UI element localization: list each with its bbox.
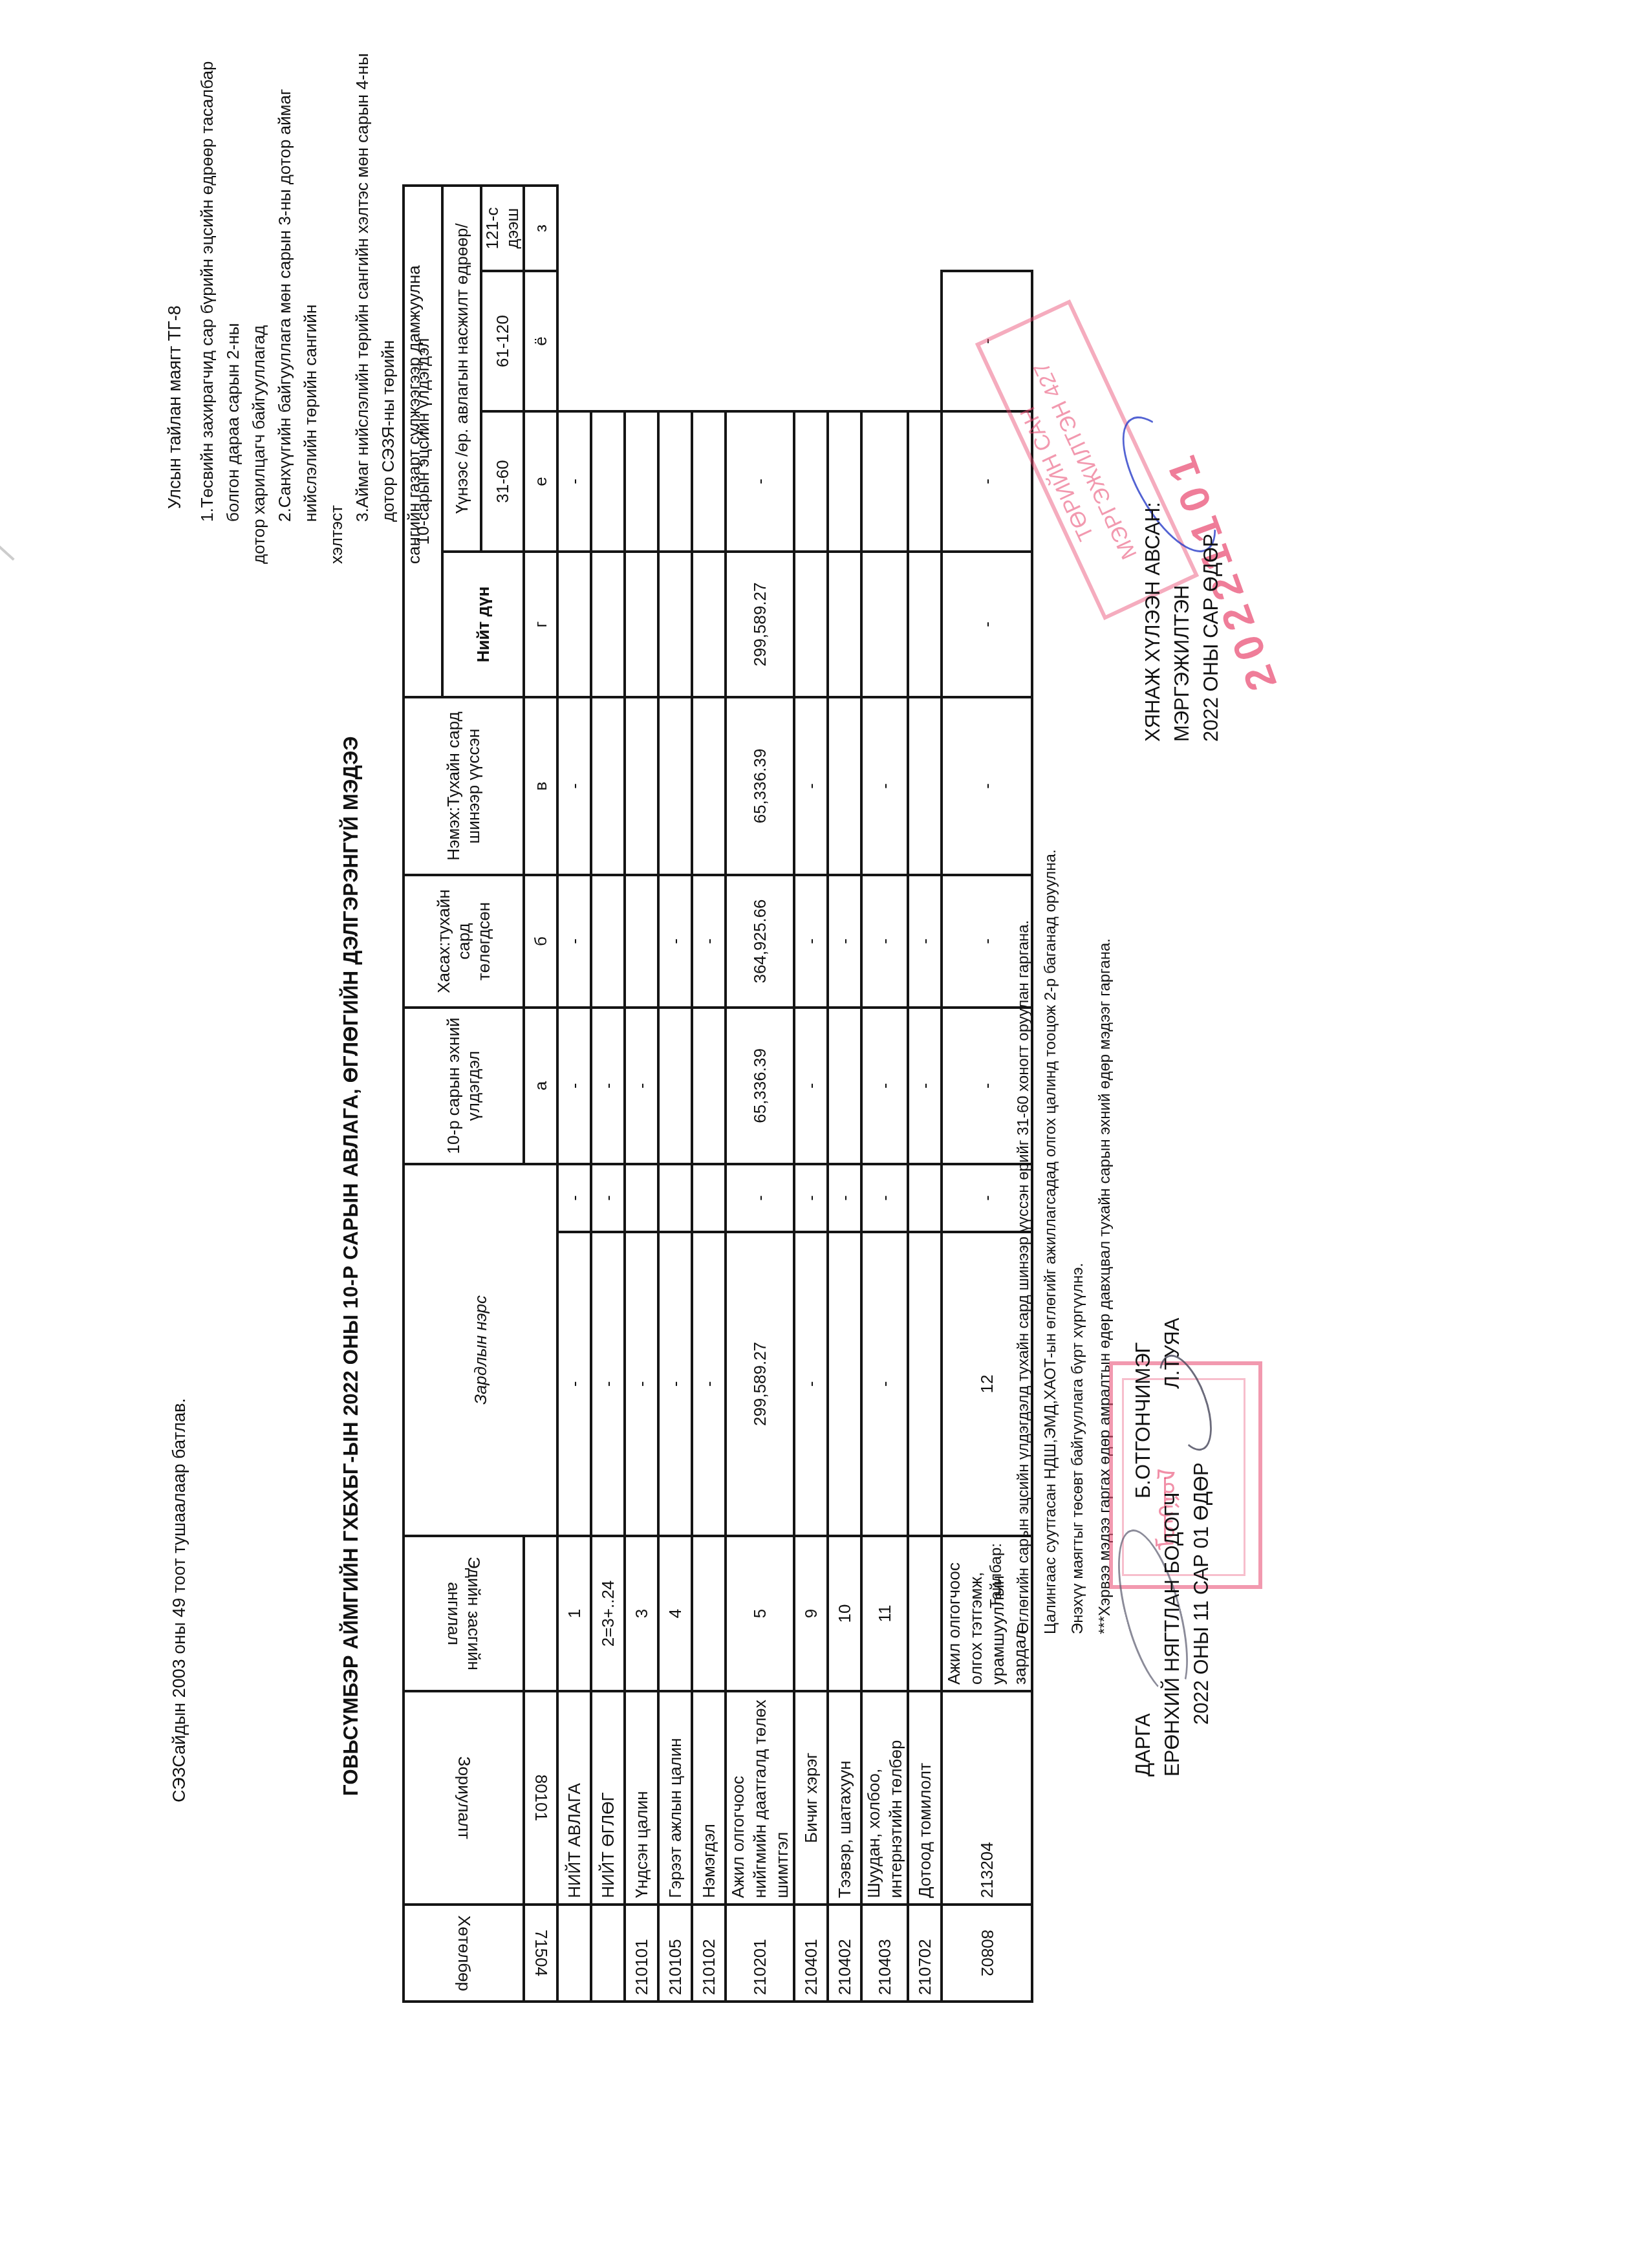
header-minus-paid: Хасах:тухайн сард төлөгдсөн: [404, 875, 524, 1008]
line-number: [908, 1536, 942, 1691]
letter-yo: ё: [524, 271, 557, 411]
value-cell-e: -: [861, 697, 908, 875]
value-cell-g: -: [692, 875, 726, 1008]
value-cell-v: [658, 1008, 692, 1164]
header-opening-balance: 10-р сарын эхний үлдэгдэл: [404, 1008, 524, 1164]
value-cell-b: -: [794, 1164, 828, 1232]
value-cell-b: [692, 1164, 726, 1232]
line-number: 2=3+..24: [591, 1536, 625, 1691]
value-cell-b: -: [726, 1164, 794, 1232]
value-cell-e: 65,336.39: [726, 697, 794, 875]
signature-date: 2022 ОНЫ 11 САР 01 ӨДӨР: [1187, 1462, 1216, 1725]
note-item: Энэхүү маягтыг төсөвт байгууллага бүрт х…: [1064, 849, 1092, 1634]
letter-a: а: [524, 1008, 557, 1164]
value-cell-v: -: [591, 1008, 625, 1164]
value-cell-g: -: [794, 875, 828, 1008]
value-cell-e: [625, 697, 658, 875]
table-row: НИЙТ ӨГЛӨГ2=3+..24---: [591, 186, 625, 2002]
value-cell-g: -: [908, 875, 942, 1008]
instruction-line: дотор харилцагч байгууллагад: [246, 47, 272, 564]
value-cell-z: [794, 411, 828, 552]
value-cell-b: -: [591, 1164, 625, 1232]
value-cell-g: [591, 875, 625, 1008]
header-aging-121-plus: 121-с дээш: [481, 186, 524, 271]
line-number: 11: [861, 1536, 908, 1691]
value-cell-a: -: [794, 1232, 828, 1536]
value-cell-e: [658, 697, 692, 875]
line-number: 5: [726, 1536, 794, 1691]
header-aging: Үүнээс /өр. авлагын насжилт өдрөөр/: [442, 186, 481, 552]
value-cell-g: -: [942, 697, 1032, 875]
expense-name: Дотоод томилолт: [908, 1691, 942, 1905]
expense-name: Нэмэгдэл: [692, 1691, 726, 1905]
instruction-line: 1.Төсвийн захирагчид сар бүрийн эцсийн ө…: [194, 47, 246, 564]
value-cell-yo: [794, 552, 828, 697]
line-number: 4: [658, 1536, 692, 1691]
header-econ-class: Эдийн засгийн ангилал: [404, 1536, 524, 1691]
chief-title: ДАРГА: [1128, 1647, 1158, 1777]
header-aging-61-120: 61-120: [481, 271, 524, 411]
value-cell-b: [658, 1164, 692, 1232]
value-cell-yo: [908, 552, 942, 697]
value-cell-a: -: [625, 1232, 658, 1536]
header-expense-name: Зардлын нэрс: [404, 1164, 557, 1536]
value-cell-e: [692, 697, 726, 875]
program-value: 71504: [524, 1905, 557, 2002]
value-cell-yo: [828, 552, 861, 697]
letter-z: з: [524, 186, 557, 271]
value-cell-z: [591, 411, 625, 552]
line-number: 9: [794, 1536, 828, 1691]
report-title: ГОВЬСҮМБЭР АЙМГИЙН ГХБХБГ-ЫН 2022 ОНЫ 10…: [339, 736, 363, 1796]
value-cell-z: -: [726, 411, 794, 552]
header-closing-balance: 10-сарын эцсийн үлдэгдэл: [404, 186, 442, 697]
value-cell-g: -: [861, 875, 908, 1008]
value-cell-a: [908, 1232, 942, 1536]
table-row: НИЙТ АВЛАГА1------: [557, 186, 591, 2002]
note-item: Цалингаас суутгасан НДШ,ЭМД,ХАОТ-ын өглө…: [1037, 849, 1064, 1634]
value-cell-yo: 299,589.27: [726, 552, 794, 697]
value-cell-e: [908, 697, 942, 875]
value-cell-z: [861, 411, 908, 552]
expense-name: Ажил олгогчоос нийгмийн даатгалд төлөх ш…: [726, 1691, 794, 1905]
form-code: Улсын тайлан маягт ТГ-8: [165, 305, 185, 509]
value-cell-v: 65,336.39: [726, 1008, 794, 1164]
econ-class-code: 210702: [908, 1905, 942, 2002]
instruction-line: 2.Санхүүгийн байгууллага мөн сарын 3-ны …: [272, 47, 323, 564]
value-cell-yo: [591, 552, 625, 697]
econ-class-code: 210101: [625, 1905, 658, 2002]
value-cell-a: -: [557, 1232, 591, 1536]
header-aging-31-60: 31-60: [481, 411, 524, 552]
line-number: [692, 1536, 726, 1691]
letter-e: е: [524, 411, 557, 552]
value-cell-v: -: [557, 1008, 591, 1164]
value-cell-a: -: [658, 1232, 692, 1536]
value-cell-g: [625, 875, 658, 1008]
econ-class-header-spacer: [524, 1536, 557, 1691]
value-cell-b: -: [861, 1164, 908, 1232]
review-block: ХЯНАЖ ХҮЛЭЭН АВСАН: МЭРГЭЖИЛТЭН 2022 ОНЫ…: [1138, 502, 1225, 742]
header-program: Хөтөлбөр: [404, 1905, 524, 2002]
value-cell-a: -: [692, 1232, 726, 1536]
value-cell-yo: [557, 552, 591, 697]
value-cell-b: [625, 1164, 658, 1232]
value-cell-z: -: [557, 411, 591, 552]
econ-class-code: [557, 1905, 591, 2002]
value-cell-a: -: [591, 1232, 625, 1536]
purpose-value: 80101: [524, 1691, 557, 1905]
expense-name: Үндсэн цалин: [625, 1691, 658, 1905]
table-row: 210102Нэмэгдэл--: [692, 186, 726, 2002]
letter-b: б: [524, 875, 557, 1008]
value-cell-z: [908, 411, 942, 552]
value-cell-v: -: [861, 1008, 908, 1164]
expense-name: НИЙТ АВЛАГА: [557, 1691, 591, 1905]
econ-class-code: [591, 1905, 625, 2002]
instruction-line: 3.Аймаг нийслэлийн төрийн сангийн хэлтэс…: [349, 47, 401, 564]
value-cell-e: [591, 697, 625, 875]
notes-title: Тайлбар:: [983, 849, 1010, 1634]
table-row: 210402Тээвэр, шатахуун10--: [828, 186, 861, 2002]
header-purpose: Зориулалт: [404, 1691, 524, 1905]
value-cell-yo: [625, 552, 658, 697]
purpose-value: 80802: [942, 1905, 1032, 2002]
review-title: ХЯНАЖ ХҮЛЭЭН АВСАН:: [1138, 502, 1167, 742]
value-cell-v: [692, 1008, 726, 1164]
value-cell-a: [828, 1232, 861, 1536]
expense-name: Шуудан, холбоо, интернэтийн төлбөр: [861, 1691, 908, 1905]
rotated-document-page: СЭЗСайдын 2003 оны 49 тоот тушаалаар бат…: [0, 0, 1649, 2268]
value-cell-e: -: [794, 697, 828, 875]
econ-class-code: 210403: [861, 1905, 908, 2002]
value-cell-a: -: [861, 1232, 908, 1536]
value-cell-yo: [861, 552, 908, 697]
value-cell-g: 364,925.66: [726, 875, 794, 1008]
table-row: 210403Шуудан, холбоо, интернэтийн төлбөр…: [861, 186, 908, 2002]
signature-block: ДАРГАБ.ОТГОНЧИМЭГ ЕРӨНХИЙ НЯГТЛАН БОДОГЧ…: [1128, 1318, 1216, 1777]
value-cell-b: -: [828, 1164, 861, 1232]
table-row: 210702Дотоод томилолт--: [908, 186, 942, 2002]
value-cell-v: -: [908, 1008, 942, 1164]
review-role: МЭРГЭЖИЛТЭН: [1167, 502, 1196, 742]
value-cell-v: -: [794, 1008, 828, 1164]
value-cell-e: [828, 697, 861, 875]
value-cell-z: [828, 411, 861, 552]
expense-name: НИЙТ ӨГЛӨГ: [591, 1691, 625, 1905]
value-cell-b: -: [557, 1164, 591, 1232]
accountant-name: Л.ТУЯА: [1158, 1318, 1187, 1389]
value-cell-e: -: [942, 552, 1032, 697]
header-total: Нийт дүн: [442, 552, 524, 697]
value-cell-e: -: [557, 697, 591, 875]
table-row: 210201Ажил олгогчоос нийгмийн даатгалд т…: [726, 186, 794, 2002]
value-cell-a: 299,589.27: [726, 1232, 794, 1536]
header-plus-new: Нэмэх:Тухайн сард шинээр үүссэн: [404, 697, 524, 875]
econ-class-code: 210102: [692, 1905, 726, 2002]
value-cell-yo: [692, 552, 726, 697]
econ-class-code: 210201: [726, 1905, 794, 2002]
receivables-payables-table: Хөтөлбөр Зориулалт Эдийн засгийн ангилал…: [402, 184, 1033, 2003]
expense-name: Гэрээт ажлын цалин: [658, 1691, 692, 1905]
line-number: 10: [828, 1536, 861, 1691]
value-cell-g: -: [658, 875, 692, 1008]
value-cell-yo: [658, 552, 692, 697]
table-row: 210105Гэрээт ажлын цалин4--: [658, 186, 692, 2002]
value-cell-g: -: [557, 875, 591, 1008]
line-number: 1: [557, 1536, 591, 1691]
value-cell-v: [828, 1008, 861, 1164]
econ-class-code: 210401: [794, 1905, 828, 2002]
letter-v: в: [524, 697, 557, 875]
letter-g: г: [524, 552, 557, 697]
econ-class-code: 213204: [942, 1691, 1032, 1905]
line-number: 3: [625, 1536, 658, 1691]
value-cell-z: [692, 411, 726, 552]
submission-instructions: 1.Төсвийн захирагчид сар бүрийн эцсийн ө…: [194, 47, 427, 564]
approval-line: СЭЗСайдын 2003 оны 49 тоот тушаалаар бат…: [169, 1398, 189, 1802]
instruction-line: хэлтэст: [323, 47, 349, 564]
value-cell-v: -: [625, 1008, 658, 1164]
value-cell-z: [625, 411, 658, 552]
value-cell-g: -: [828, 875, 861, 1008]
value-cell-z: [658, 411, 692, 552]
review-date: 2022 ОНЫ САР ӨДӨР: [1196, 502, 1225, 742]
table-row: 210401Бичиг хэрэг9-----: [794, 186, 828, 2002]
notes-section: Тайлбар: Өглөгийн сарын эцсийн үлдэгдэлд…: [983, 849, 1119, 1634]
expense-name: Тээвэр, шатахуун: [828, 1691, 861, 1905]
econ-class-code: 210402: [828, 1905, 861, 2002]
expense-name: Бичиг хэрэг: [794, 1691, 828, 1905]
note-item: Өглөгийн сарын эцсийн үлдэгдэлд тухайн с…: [1010, 849, 1037, 1634]
accountant-title: ЕРӨНХИЙ НЯГТЛАН БОДОГЧ: [1158, 1492, 1187, 1777]
chief-name: Б.ОТГОНЧИМЭГ: [1128, 1343, 1158, 1498]
table-row: 210101Үндсэн цалин3--: [625, 186, 658, 2002]
econ-class-code: 210105: [658, 1905, 692, 2002]
value-cell-b: [908, 1164, 942, 1232]
scan-fold-line: [0, 126, 15, 561]
